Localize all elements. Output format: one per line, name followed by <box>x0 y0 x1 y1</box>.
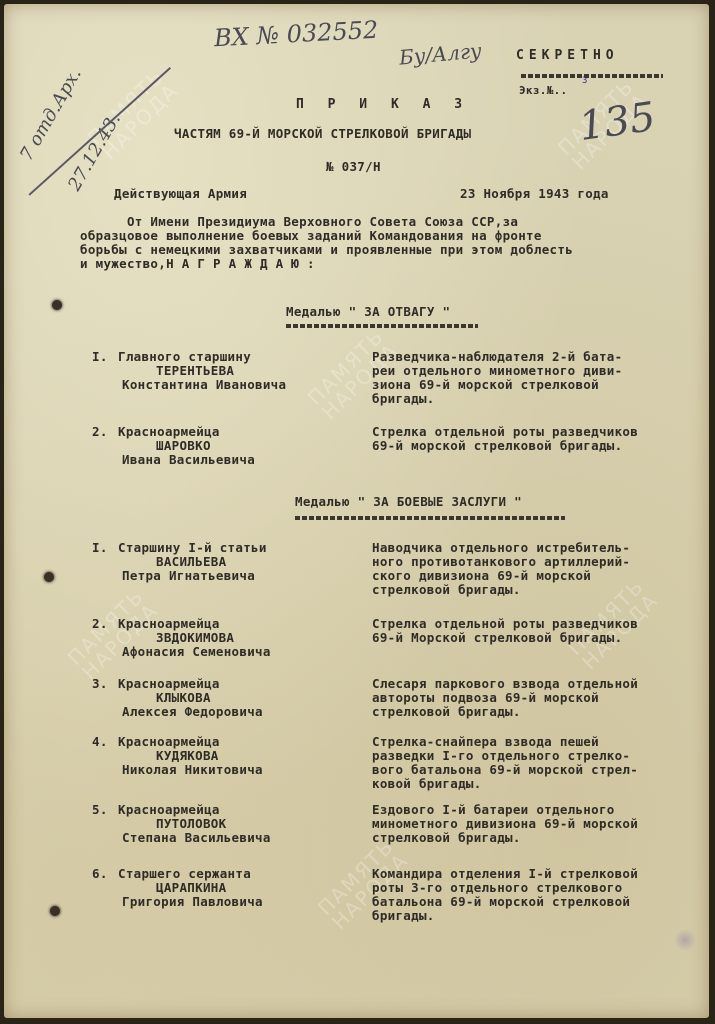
entry-given-name: Петра Игнатьевича <box>122 568 255 583</box>
entry-number: 3. <box>92 676 108 691</box>
entry-number: 4. <box>92 734 108 749</box>
entry-given-name: Ивана Васильевича <box>122 452 255 467</box>
entry-position-line: стрелковой бригады. <box>372 830 521 845</box>
preamble-line: и мужество,Н А Г Р А Ж Д А Ю : <box>80 256 315 271</box>
addressee: ЧАСТЯМ 69-Й МОРСКОЙ СТРЕЛКОВОЙ БРИГАДЫ <box>174 126 471 141</box>
entry-position-line: ского дивизиона 69-й морской <box>372 568 591 583</box>
document-page: ПАМЯТЬНАРОДА ПАМЯТЬНАРОДА ПАМЯТЬНАРОДА П… <box>4 4 709 1018</box>
entry-surname: ЦАРАПКИНА <box>156 880 226 895</box>
preamble-line: От Имени Президиума Верховного Совета Со… <box>80 214 518 229</box>
entry-given-name: Константина Ивановича <box>122 377 286 392</box>
entry-position-line: Стрелка отдельной роты разведчиков <box>372 424 638 439</box>
punch-hole <box>50 906 60 916</box>
entry-number: I. <box>92 349 108 364</box>
order-number: № 037/Н <box>326 159 381 174</box>
entry-position-line: батальона 69-й морской стрелковой <box>372 894 630 909</box>
medal-underline <box>295 516 565 520</box>
entry-number: I. <box>92 540 108 555</box>
entry-surname: ЗВДОКИМОВА <box>156 630 234 645</box>
entry-rank: Красноармейца <box>118 424 220 439</box>
entry-position-line: Стрелка отдельной роты разведчиков <box>372 616 638 631</box>
margin-note: 7 отд.Арх. <box>16 65 86 165</box>
punch-hole <box>52 300 62 310</box>
entry-position-line: разведки I-го отдельного стрелко- <box>372 748 630 763</box>
entry-position-line: ковой бригады. <box>372 776 482 791</box>
entry-position-line: Наводчика отдельного истребитель- <box>372 540 630 555</box>
entry-given-name: Алексея Федоровича <box>122 704 263 719</box>
entry-position-line: бригады. <box>372 908 435 923</box>
watermark: ПАМЯТЬНАРОДА <box>64 585 161 682</box>
entry-rank: Красноармейца <box>118 734 220 749</box>
entry-position-line: бригады. <box>372 391 435 406</box>
doc-type: П Р И К А З <box>296 97 470 112</box>
entry-position-line: Командира отделения I-й стрелковой <box>372 866 638 881</box>
entry-surname: ТЕРЕНТЬЕВА <box>156 363 234 378</box>
punch-hole <box>44 572 54 582</box>
entry-position-line: реи отдельного минометного диви- <box>372 363 622 378</box>
entry-position-line: вого батальона 69-й морской стрел- <box>372 762 638 777</box>
entry-surname: КЛЫКОВА <box>156 690 211 705</box>
page-number: 135 <box>576 94 658 150</box>
entry-surname: ВАСИЛЬЕВА <box>156 554 226 569</box>
classification: СЕКРЕТНО <box>516 48 619 63</box>
entry-position-line: Стрелка-снайпера взвода пешей <box>372 734 599 749</box>
incoming-number: ВХ № 032552 <box>213 16 379 53</box>
entry-position-line: ного противотанкового артиллерий- <box>372 554 630 569</box>
copy-number: 3 <box>582 76 588 86</box>
entry-position-line: стрелковой бригады. <box>372 582 521 597</box>
copy-label: Экз.№.. <box>519 84 567 97</box>
entry-position-line: минометного дивизиона 69-й морской <box>372 816 638 831</box>
entry-surname: КУДЯКОВА <box>156 748 219 763</box>
entry-rank: Главного старшину <box>118 349 251 364</box>
entry-given-name: Афонасия Семеновича <box>122 644 271 659</box>
entry-rank: Красноармейца <box>118 676 220 691</box>
entry-position-line: зиона 69-й морской стрелковой <box>372 377 599 392</box>
preamble-line: образцовое выполнение боевых заданий Ком… <box>80 228 542 243</box>
medal-heading-merit: Медалью " ЗА БОЕВЫЕ ЗАСЛУГИ " <box>295 494 522 509</box>
entry-number: 2. <box>92 616 108 631</box>
entry-position-line: 69-й морской стрелковой бригады. <box>372 438 622 453</box>
entry-position-line: стрелковой бригады. <box>372 704 521 719</box>
ink-blot <box>674 929 696 951</box>
medal-underline <box>286 324 478 328</box>
location: Действующая Армия <box>114 186 247 201</box>
entry-rank: Красноармейца <box>118 802 220 817</box>
entry-surname: ПУТОЛОВОК <box>156 816 226 831</box>
entry-position-line: Разведчика-наблюдателя 2-й бата- <box>372 349 622 364</box>
entry-surname: ШАРОВКО <box>156 438 211 453</box>
entry-number: 2. <box>92 424 108 439</box>
entry-given-name: Григория Павловича <box>122 894 263 909</box>
entry-rank: Красноармейца <box>118 616 220 631</box>
entry-rank: Старшину I-й статьи <box>118 540 267 555</box>
entry-position-line: Слесаря паркового взвода отдельной <box>372 676 638 691</box>
entry-number: 5. <box>92 802 108 817</box>
entry-position-line: 69-й Морской стрелковой бригады. <box>372 630 622 645</box>
medal-heading-valor: Медалью " ЗА ОТВАГУ " <box>286 304 450 319</box>
signature: Бу/Алгу <box>398 38 482 69</box>
preamble-line: борьбы с немецкими захватчиками и проявл… <box>80 242 573 257</box>
entry-position-line: роты 3-го отдельного стрелкового <box>372 880 622 895</box>
entry-given-name: Николая Никитовича <box>122 762 263 777</box>
entry-number: 6. <box>92 866 108 881</box>
entry-position-line: Ездового I-й батареи отдельного <box>372 802 615 817</box>
order-date: 23 Ноября 1943 года <box>460 186 609 201</box>
classification-underline <box>521 74 663 78</box>
entry-given-name: Степана Васильевича <box>122 830 271 845</box>
entry-position-line: автороты подвоза 69-й морской <box>372 690 599 705</box>
entry-rank: Старшего сержанта <box>118 866 251 881</box>
